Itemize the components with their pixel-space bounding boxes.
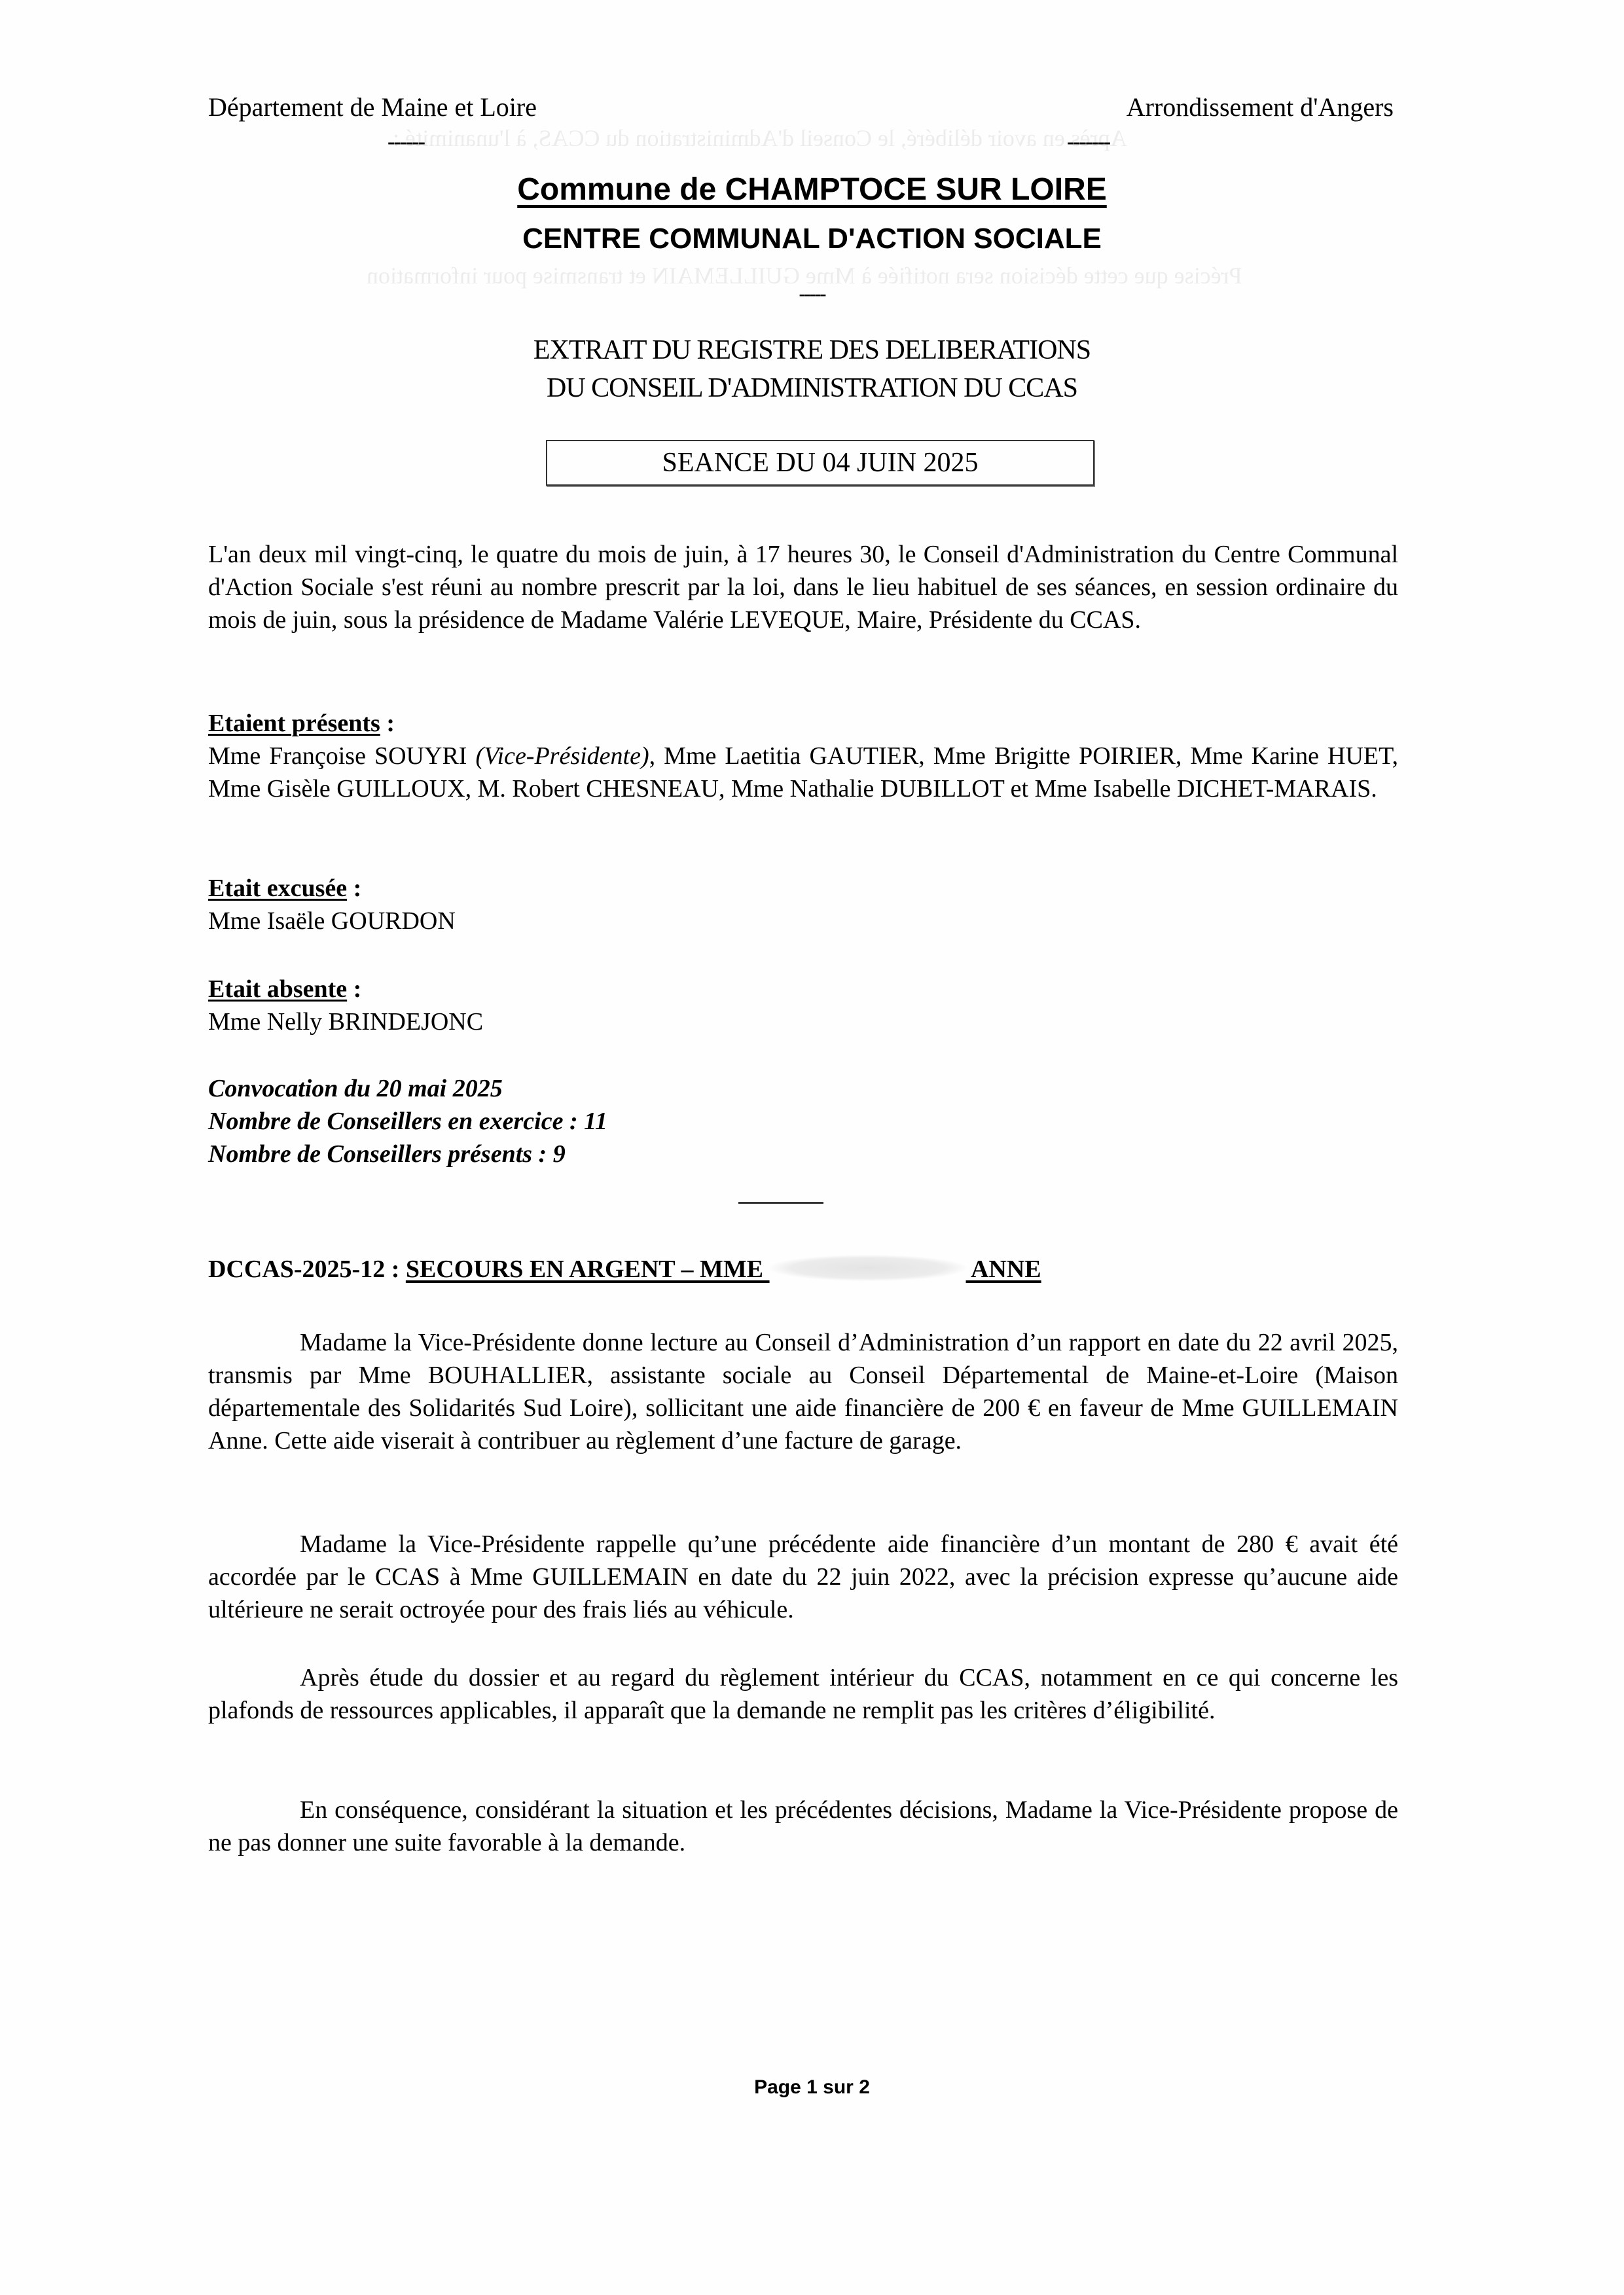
organisation-title: CENTRE COMMUNAL D'ACTION SOCIALE [0,223,1624,255]
councillors-present: Nombre de Conseillers présents : 9 [208,1138,1398,1170]
convocation-block: Convocation du 20 mai 2025 Nombre de Con… [208,1072,1398,1170]
deliberation-paragraph: Madame la Vice-Présidente donne lecture … [208,1326,1398,1457]
session-date-box: SEANCE DU 04 JUIN 2025 [546,440,1094,486]
document-heading: EXTRAIT DU REGISTRE DES DELIBERATIONS DU… [0,331,1624,407]
document-page: Après en avoir délibéré, le Conseil d'Ad… [0,0,1624,2295]
department-label: Département de Maine et Loire [208,92,537,122]
colon: : [347,875,361,902]
commune-name: Commune de CHAMPTOCE SUR LOIRE [517,172,1107,207]
presents-list: Mme Françoise SOUYRI (Vice-Présidente), … [208,740,1398,805]
separator-dashes: ------ [388,130,424,154]
separator-dashes: ------- [1067,130,1110,154]
arrondissement-label: Arrondissement d'Angers [1127,92,1394,122]
separator-dashes: ----- [0,283,1624,305]
redacted-name [770,1255,966,1281]
vice-president-role: (Vice-Présidente) [475,742,649,770]
commune-title: Commune de CHAMPTOCE SUR LOIRE [0,172,1624,208]
deliberation-paragraph: En conséquence, considérant la situation… [208,1794,1398,1859]
deliberation-paragraph: Après étude du dossier et au regard du r… [208,1661,1398,1727]
presents-member-text: Mme Françoise SOUYRI [208,742,475,770]
section-divider [738,1202,823,1204]
absent-member: Mme Nelly BRINDEJONC [208,1005,1398,1038]
show-through-text: Après en avoir délibéré, le Conseil d'Ad… [393,124,1127,152]
heading-line-1: EXTRAIT DU REGISTRE DES DELIBERATIONS [0,331,1624,369]
excused-label: Etait excusée [208,875,347,902]
deliberation-subject: SECOURS EN ARGENT – MME ANNE [406,1256,1041,1283]
councillors-in-office: Nombre de Conseillers en exercice : 11 [208,1105,1398,1138]
subject-text: SECOURS EN ARGENT – MME [406,1256,770,1283]
deliberation-paragraph: Madame la Vice-Présidente rappelle qu’un… [208,1528,1398,1626]
session-date: SEANCE DU 04 JUIN 2025 [662,447,979,479]
absent-label: Etait absente [208,975,347,1003]
convocation-date: Convocation du 20 mai 2025 [208,1072,1398,1105]
excused-heading: Etait excusée : [208,872,1398,905]
colon: : [347,975,361,1003]
presents-heading: Etaient présents : [208,707,1398,740]
page-number: Page 1 sur 2 [0,2076,1624,2099]
deliberation-title: DCCAS-2025-12 : SECOURS EN ARGENT – MME … [208,1253,1398,1286]
heading-line-2: DU CONSEIL D'ADMINISTRATION DU CCAS [0,369,1624,407]
presents-label: Etaient présents [208,710,380,737]
deliberation-code: DCCAS-2025-12 : [208,1256,406,1283]
subject-text: ANNE [966,1256,1041,1283]
intro-paragraph: L'an deux mil vingt-cinq, le quatre du m… [208,538,1398,636]
colon: : [380,710,395,737]
absent-heading: Etait absente : [208,973,1398,1005]
excused-member: Mme Isaële GOURDON [208,905,1398,937]
